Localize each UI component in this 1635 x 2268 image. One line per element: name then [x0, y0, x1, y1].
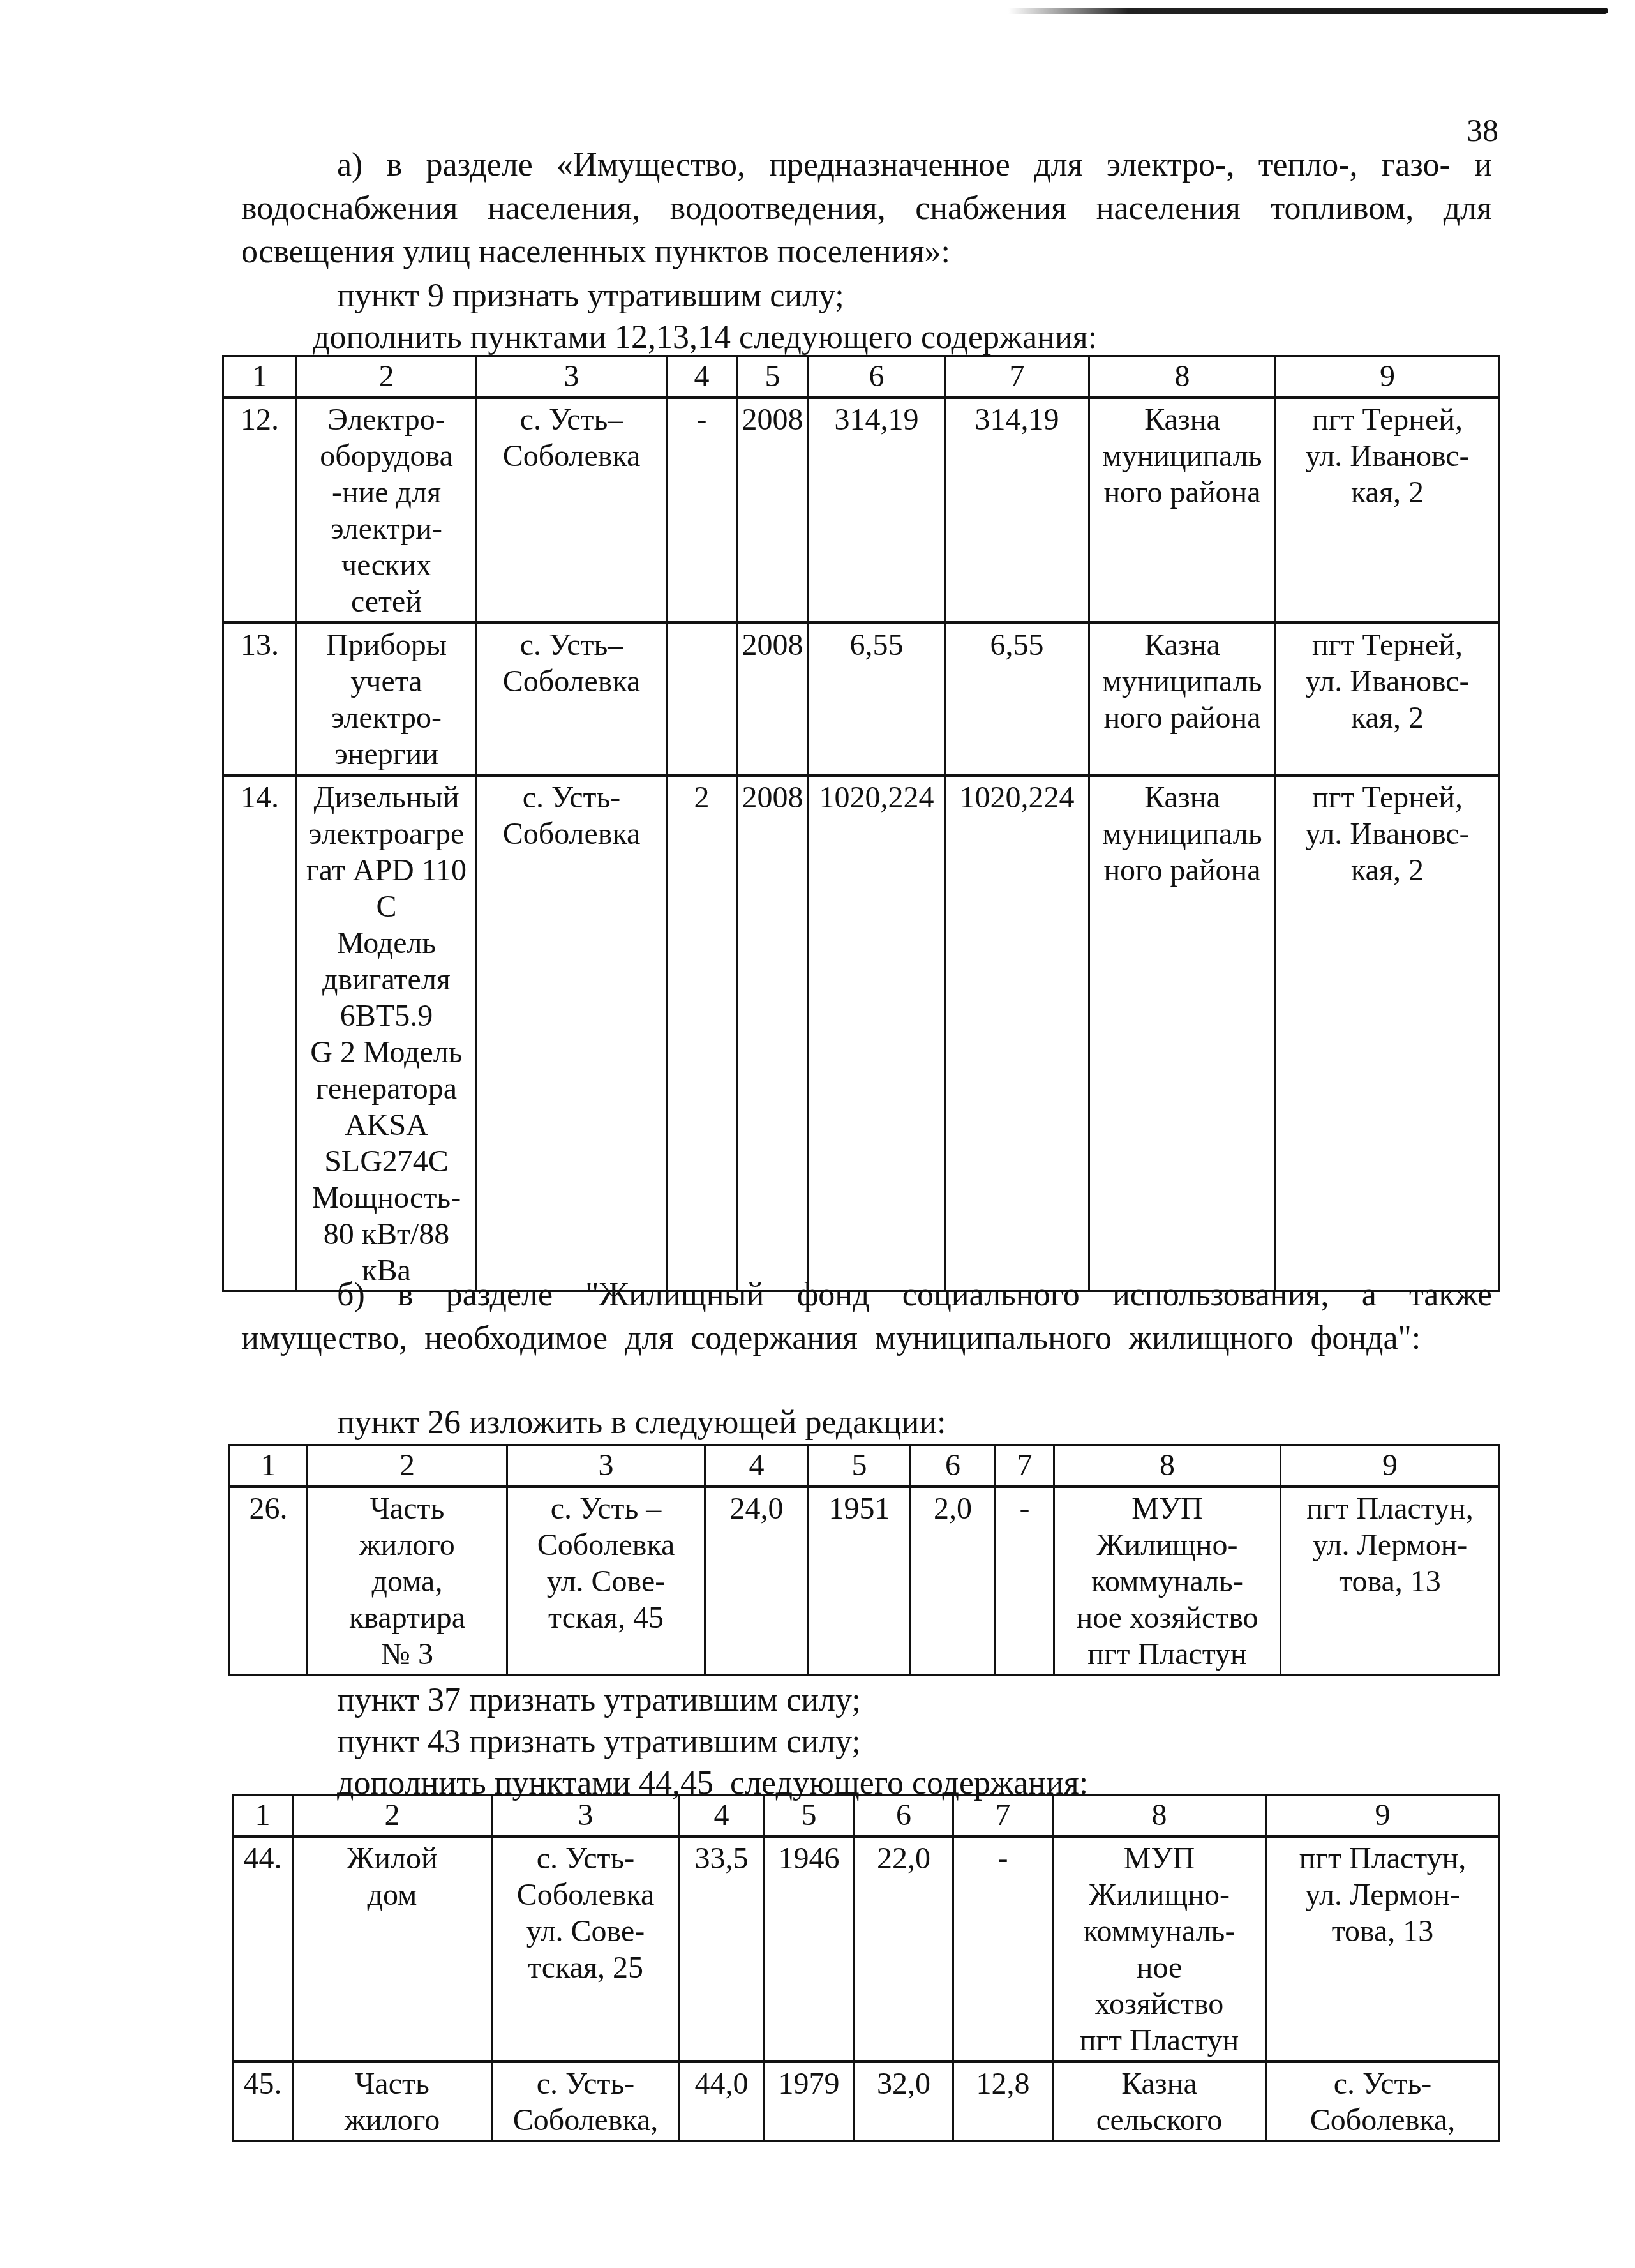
column-number-header: 1: [233, 1795, 293, 1836]
table-cell-c4: 44,0: [680, 2062, 764, 2141]
cell-text-line: ул. Сове-: [511, 1563, 701, 1600]
section-c-line-1: пункт 37 признать утратившим силу;: [337, 1679, 861, 1722]
table-cell-c4: 33,5: [680, 1836, 764, 2062]
cell-text-line: жилого: [296, 2102, 488, 2138]
cell-text-line: ного района: [1093, 474, 1272, 511]
column-number-header: 7: [953, 1795, 1053, 1836]
cell-text-line: кая, 2: [1279, 852, 1496, 889]
cell-text-line: дома,: [311, 1563, 504, 1600]
table-cell-c7: 314,19: [945, 398, 1089, 623]
table-cell-c2: Дизельныйэлектроагрегат APD 110CМодельдв…: [297, 776, 477, 1291]
cell-text-line: Казна: [1093, 627, 1272, 663]
column-number-header: 9: [1276, 356, 1500, 398]
cell-text-line: Казна: [1093, 402, 1272, 438]
table-cell-c3: с. Усть–Соболевка: [477, 398, 667, 623]
column-number-header: 2: [308, 1445, 507, 1487]
cell-text-line: това, 13: [1284, 1563, 1496, 1600]
column-number-header: 8: [1089, 356, 1276, 398]
column-number-header: 2: [297, 356, 477, 398]
table-header-row: 123456789: [233, 1795, 1500, 1836]
table-cell-c4: [667, 623, 737, 776]
cell-text-line: AKSA: [300, 1107, 473, 1143]
cell-text-line: № 3: [311, 1636, 504, 1672]
cell-text-line: электри-: [300, 511, 473, 547]
column-number-header: 9: [1266, 1795, 1500, 1836]
cell-text-line: с. Усть-: [495, 1840, 676, 1877]
cell-text-line: Мощность-: [300, 1180, 473, 1216]
cell-text-line: ное: [1056, 1949, 1262, 1986]
column-number-header: 7: [945, 356, 1089, 398]
cell-text-line: пгт Терней,: [1279, 627, 1496, 663]
cell-text-line: това, 13: [1269, 1913, 1496, 1949]
table-cell-c1: 13.: [223, 623, 297, 776]
table-cell-c7: 6,55: [945, 623, 1089, 776]
cell-text-line: двигателя: [300, 961, 473, 998]
table-cell-c5: 1946: [764, 1836, 855, 2062]
table-cell-c5: 2008: [737, 623, 809, 776]
cell-text-line: Жилой: [296, 1840, 488, 1877]
cell-text-line: жилого: [311, 1527, 504, 1563]
column-number-header: 8: [1054, 1445, 1281, 1487]
cell-text-line: Жилищно-: [1056, 1877, 1262, 1913]
cell-text-line: ного района: [1093, 852, 1272, 889]
table-cell-c2: Частьжилогодома,квартира№ 3: [308, 1487, 507, 1675]
cell-text-line: ул. Лермон-: [1284, 1527, 1496, 1563]
table-cell-c1: 12.: [223, 398, 297, 623]
cell-text-line: хозяйство: [1056, 1986, 1262, 2022]
property-table-a: 12345678912.Электро-оборудова-ние дляэле…: [222, 355, 1500, 1292]
cell-text-line: дом: [296, 1877, 488, 1913]
table-cell-c3: с. Усть-Соболевка,: [492, 2062, 680, 2141]
section-a-line-1: пункт 9 признать утратившим силу;: [337, 274, 844, 318]
cell-text-line: кая, 2: [1279, 700, 1496, 736]
cell-text-line: пгт Пластун,: [1284, 1491, 1496, 1527]
cell-text-line: ул. Лермон-: [1269, 1877, 1496, 1913]
table-row: 12.Электро-оборудова-ние дляэлектри-ческ…: [223, 398, 1500, 623]
column-number-header: 6: [911, 1445, 996, 1487]
table-cell-c9: с. Усть-Соболевка,: [1266, 2062, 1500, 2141]
section-b-line-1: пункт 26 изложить в следующей редакции:: [337, 1401, 946, 1445]
column-number-header: 7: [996, 1445, 1054, 1487]
cell-text-line: пгт Пластун: [1057, 1636, 1277, 1672]
table-cell-c3: с. Усть–Соболевка: [477, 623, 667, 776]
table-cell-c3: с. Усть-Соболевка: [477, 776, 667, 1291]
table-cell-c9: пгт Терней,ул. Ивановс-кая, 2: [1276, 776, 1500, 1291]
cell-text-line: с. Усть –: [511, 1491, 701, 1527]
cell-text-line: Часть: [296, 2066, 488, 2102]
table-cell-c8: Казнамуниципального района: [1089, 776, 1276, 1291]
housing-table-c: 12345678944.Жилойдомс. Усть-Соболевкаул.…: [232, 1794, 1500, 2142]
cell-text-line: коммуналь-: [1057, 1563, 1277, 1600]
scan-artifact-bar: [1008, 8, 1608, 14]
cell-text-line: Соболевка: [480, 816, 663, 852]
table-row: 44.Жилойдомс. Усть-Соболевкаул. Сове-тск…: [233, 1836, 1500, 2062]
section-a-intro: а) в разделе «Имущество, предназначенное…: [241, 144, 1492, 274]
table-cell-c9: пгт Пластун,ул. Лермон-това, 13: [1281, 1487, 1500, 1675]
cell-text-line: ул. Ивановс-: [1279, 663, 1496, 700]
cell-text-line: Дизельный: [300, 779, 473, 816]
column-number-header: 6: [809, 356, 945, 398]
table-cell-c7: -: [953, 1836, 1053, 2062]
column-number-header: 4: [705, 1445, 809, 1487]
column-number-header: 1: [223, 356, 297, 398]
cell-text-line: ул. Ивановс-: [1279, 816, 1496, 852]
table-cell-c6: 32,0: [855, 2062, 953, 2141]
table-row: 13.Приборыучетаэлектро-энергиис. Усть–Со…: [223, 623, 1500, 776]
column-number-header: 4: [667, 356, 737, 398]
cell-text-line: тская, 25: [495, 1949, 676, 1986]
cell-text-line: Жилищно-: [1057, 1527, 1277, 1563]
table-row: 26.Частьжилогодома,квартира№ 3с. Усть –С…: [230, 1487, 1500, 1675]
table-cell-c6: 314,19: [809, 398, 945, 623]
table-cell-c6: 22,0: [855, 1836, 953, 2062]
column-number-header: 3: [492, 1795, 680, 1836]
table-cell-c9: пгт Терней,ул. Ивановс-кая, 2: [1276, 398, 1500, 623]
cell-text-line: ного района: [1093, 700, 1272, 736]
table-cell-c1: 26.: [230, 1487, 308, 1675]
cell-text-line: энергии: [300, 736, 473, 772]
column-number-header: 5: [809, 1445, 911, 1487]
column-number-header: 8: [1053, 1795, 1266, 1836]
section-c-line-2: пункт 43 признать утратившим силу;: [337, 1720, 861, 1764]
cell-text-line: сетей: [300, 583, 473, 620]
table-cell-c5: 2008: [737, 398, 809, 623]
cell-text-line: Часть: [311, 1491, 504, 1527]
cell-text-line: электро-: [300, 700, 473, 736]
table-cell-c8: Казнамуниципального района: [1089, 398, 1276, 623]
table-cell-c4: 2: [667, 776, 737, 1291]
cell-text-line: G 2 Модель: [300, 1034, 473, 1070]
cell-text-line: тская, 45: [511, 1600, 701, 1636]
cell-text-line: пгт Терней,: [1279, 402, 1496, 438]
cell-text-line: Казна: [1056, 2066, 1262, 2102]
table-header-row: 123456789: [223, 356, 1500, 398]
cell-text-line: МУП: [1056, 1840, 1262, 1877]
table-cell-c7: 1020,224: [945, 776, 1089, 1291]
cell-text-line: пгт Пластун: [1056, 2022, 1262, 2059]
section-b-intro: б) в разделе "Жилищный фонд социального …: [241, 1273, 1492, 1360]
table-cell-c6: 6,55: [809, 623, 945, 776]
cell-text-line: Казна: [1093, 779, 1272, 816]
table-cell-c2: Электро-оборудова-ние дляэлектри-ческихс…: [297, 398, 477, 623]
table-cell-c6: 1020,224: [809, 776, 945, 1291]
table-cell-c6: 2,0: [911, 1487, 996, 1675]
cell-text-line: с. Усть–: [480, 402, 663, 438]
table-cell-c9: пгт Терней,ул. Ивановс-кая, 2: [1276, 623, 1500, 776]
table-cell-c1: 45.: [233, 2062, 293, 2141]
cell-text-line: C: [300, 889, 473, 925]
column-number-header: 5: [764, 1795, 855, 1836]
table-cell-c8: МУПЖилищно-коммуналь-ное хозяйствопгт Пл…: [1054, 1487, 1281, 1675]
table-cell-c4: -: [667, 398, 737, 623]
cell-text-line: муниципаль: [1093, 663, 1272, 700]
table-cell-c5: 1979: [764, 2062, 855, 2141]
cell-text-line: электроагре: [300, 816, 473, 852]
table-cell-c2: Жилойдом: [293, 1836, 492, 2062]
column-number-header: 3: [477, 356, 667, 398]
cell-text-line: -ние для: [300, 474, 473, 511]
cell-text-line: 6BT5.9: [300, 998, 473, 1034]
table-header-row: 123456789: [230, 1445, 1500, 1487]
table-cell-c3: с. Усть-Соболевкаул. Сове-тская, 25: [492, 1836, 680, 2062]
cell-text-line: квартира: [311, 1600, 504, 1636]
column-number-header: 9: [1281, 1445, 1500, 1487]
cell-text-line: Модель: [300, 925, 473, 961]
cell-text-line: Соболевка: [495, 1877, 676, 1913]
column-number-header: 6: [855, 1795, 953, 1836]
cell-text-line: с. Усть-: [1269, 2066, 1496, 2102]
cell-text-line: пгт Терней,: [1279, 779, 1496, 816]
table-cell-c7: 12,8: [953, 2062, 1053, 2141]
table-row: 14.Дизельныйэлектроагрегат APD 110CМодел…: [223, 776, 1500, 1291]
table-cell-c2: Приборыучетаэлектро-энергии: [297, 623, 477, 776]
table-cell-c2: Частьжилого: [293, 2062, 492, 2141]
cell-text-line: Электро-: [300, 402, 473, 438]
column-number-header: 4: [680, 1795, 764, 1836]
cell-text-line: учета: [300, 663, 473, 700]
table-cell-c1: 44.: [233, 1836, 293, 2062]
cell-text-line: с. Усть-: [495, 2066, 676, 2102]
cell-text-line: с. Усть–: [480, 627, 663, 663]
cell-text-line: пгт Пластун,: [1269, 1840, 1496, 1877]
table-cell-c9: пгт Пластун,ул. Лермон-това, 13: [1266, 1836, 1500, 2062]
cell-text-line: с. Усть-: [480, 779, 663, 816]
column-number-header: 1: [230, 1445, 308, 1487]
cell-text-line: Приборы: [300, 627, 473, 663]
cell-text-line: Соболевка: [480, 438, 663, 474]
column-number-header: 3: [507, 1445, 705, 1487]
table-cell-c3: с. Усть –Соболевкаул. Сове-тская, 45: [507, 1487, 705, 1675]
cell-text-line: ул. Ивановс-: [1279, 438, 1496, 474]
cell-text-line: муниципаль: [1093, 438, 1272, 474]
column-number-header: 2: [293, 1795, 492, 1836]
cell-text-line: Соболевка,: [495, 2102, 676, 2138]
cell-text-line: Соболевка: [511, 1527, 701, 1563]
cell-text-line: оборудова: [300, 438, 473, 474]
cell-text-line: Соболевка: [480, 663, 663, 700]
cell-text-line: ческих: [300, 547, 473, 583]
cell-text-line: ное хозяйство: [1057, 1600, 1277, 1636]
cell-text-line: МУП: [1057, 1491, 1277, 1527]
cell-text-line: Соболевка,: [1269, 2102, 1496, 2138]
cell-text-line: гат APD 110: [300, 852, 473, 889]
table-cell-c5: 2008: [737, 776, 809, 1291]
cell-text-line: генератора: [300, 1070, 473, 1107]
cell-text-line: коммуналь-: [1056, 1913, 1262, 1949]
table-cell-c4: 24,0: [705, 1487, 809, 1675]
table-cell-c8: МУПЖилищно-коммуналь-ноехозяйствопгт Пла…: [1053, 1836, 1266, 2062]
table-row: 45.Частьжилогос. Усть-Соболевка,44,01979…: [233, 2062, 1500, 2141]
section-a-line-2: дополнить пунктами 12,13,14 следующего с…: [313, 316, 1097, 359]
cell-text-line: кая, 2: [1279, 474, 1496, 511]
table-cell-c7: -: [996, 1487, 1054, 1675]
cell-text-line: SLG274C: [300, 1143, 473, 1180]
cell-text-line: ул. Сове-: [495, 1913, 676, 1949]
table-cell-c1: 14.: [223, 776, 297, 1291]
table-cell-c8: Казнамуниципального района: [1089, 623, 1276, 776]
table-cell-c8: Казнасельского: [1053, 2062, 1266, 2141]
cell-text-line: 80 кВт/88: [300, 1216, 473, 1252]
cell-text-line: муниципаль: [1093, 816, 1272, 852]
table-cell-c5: 1951: [809, 1487, 911, 1675]
housing-table-b: 12345678926.Частьжилогодома,квартира№ 3с…: [228, 1444, 1500, 1676]
cell-text-line: сельского: [1056, 2102, 1262, 2138]
column-number-header: 5: [737, 356, 809, 398]
